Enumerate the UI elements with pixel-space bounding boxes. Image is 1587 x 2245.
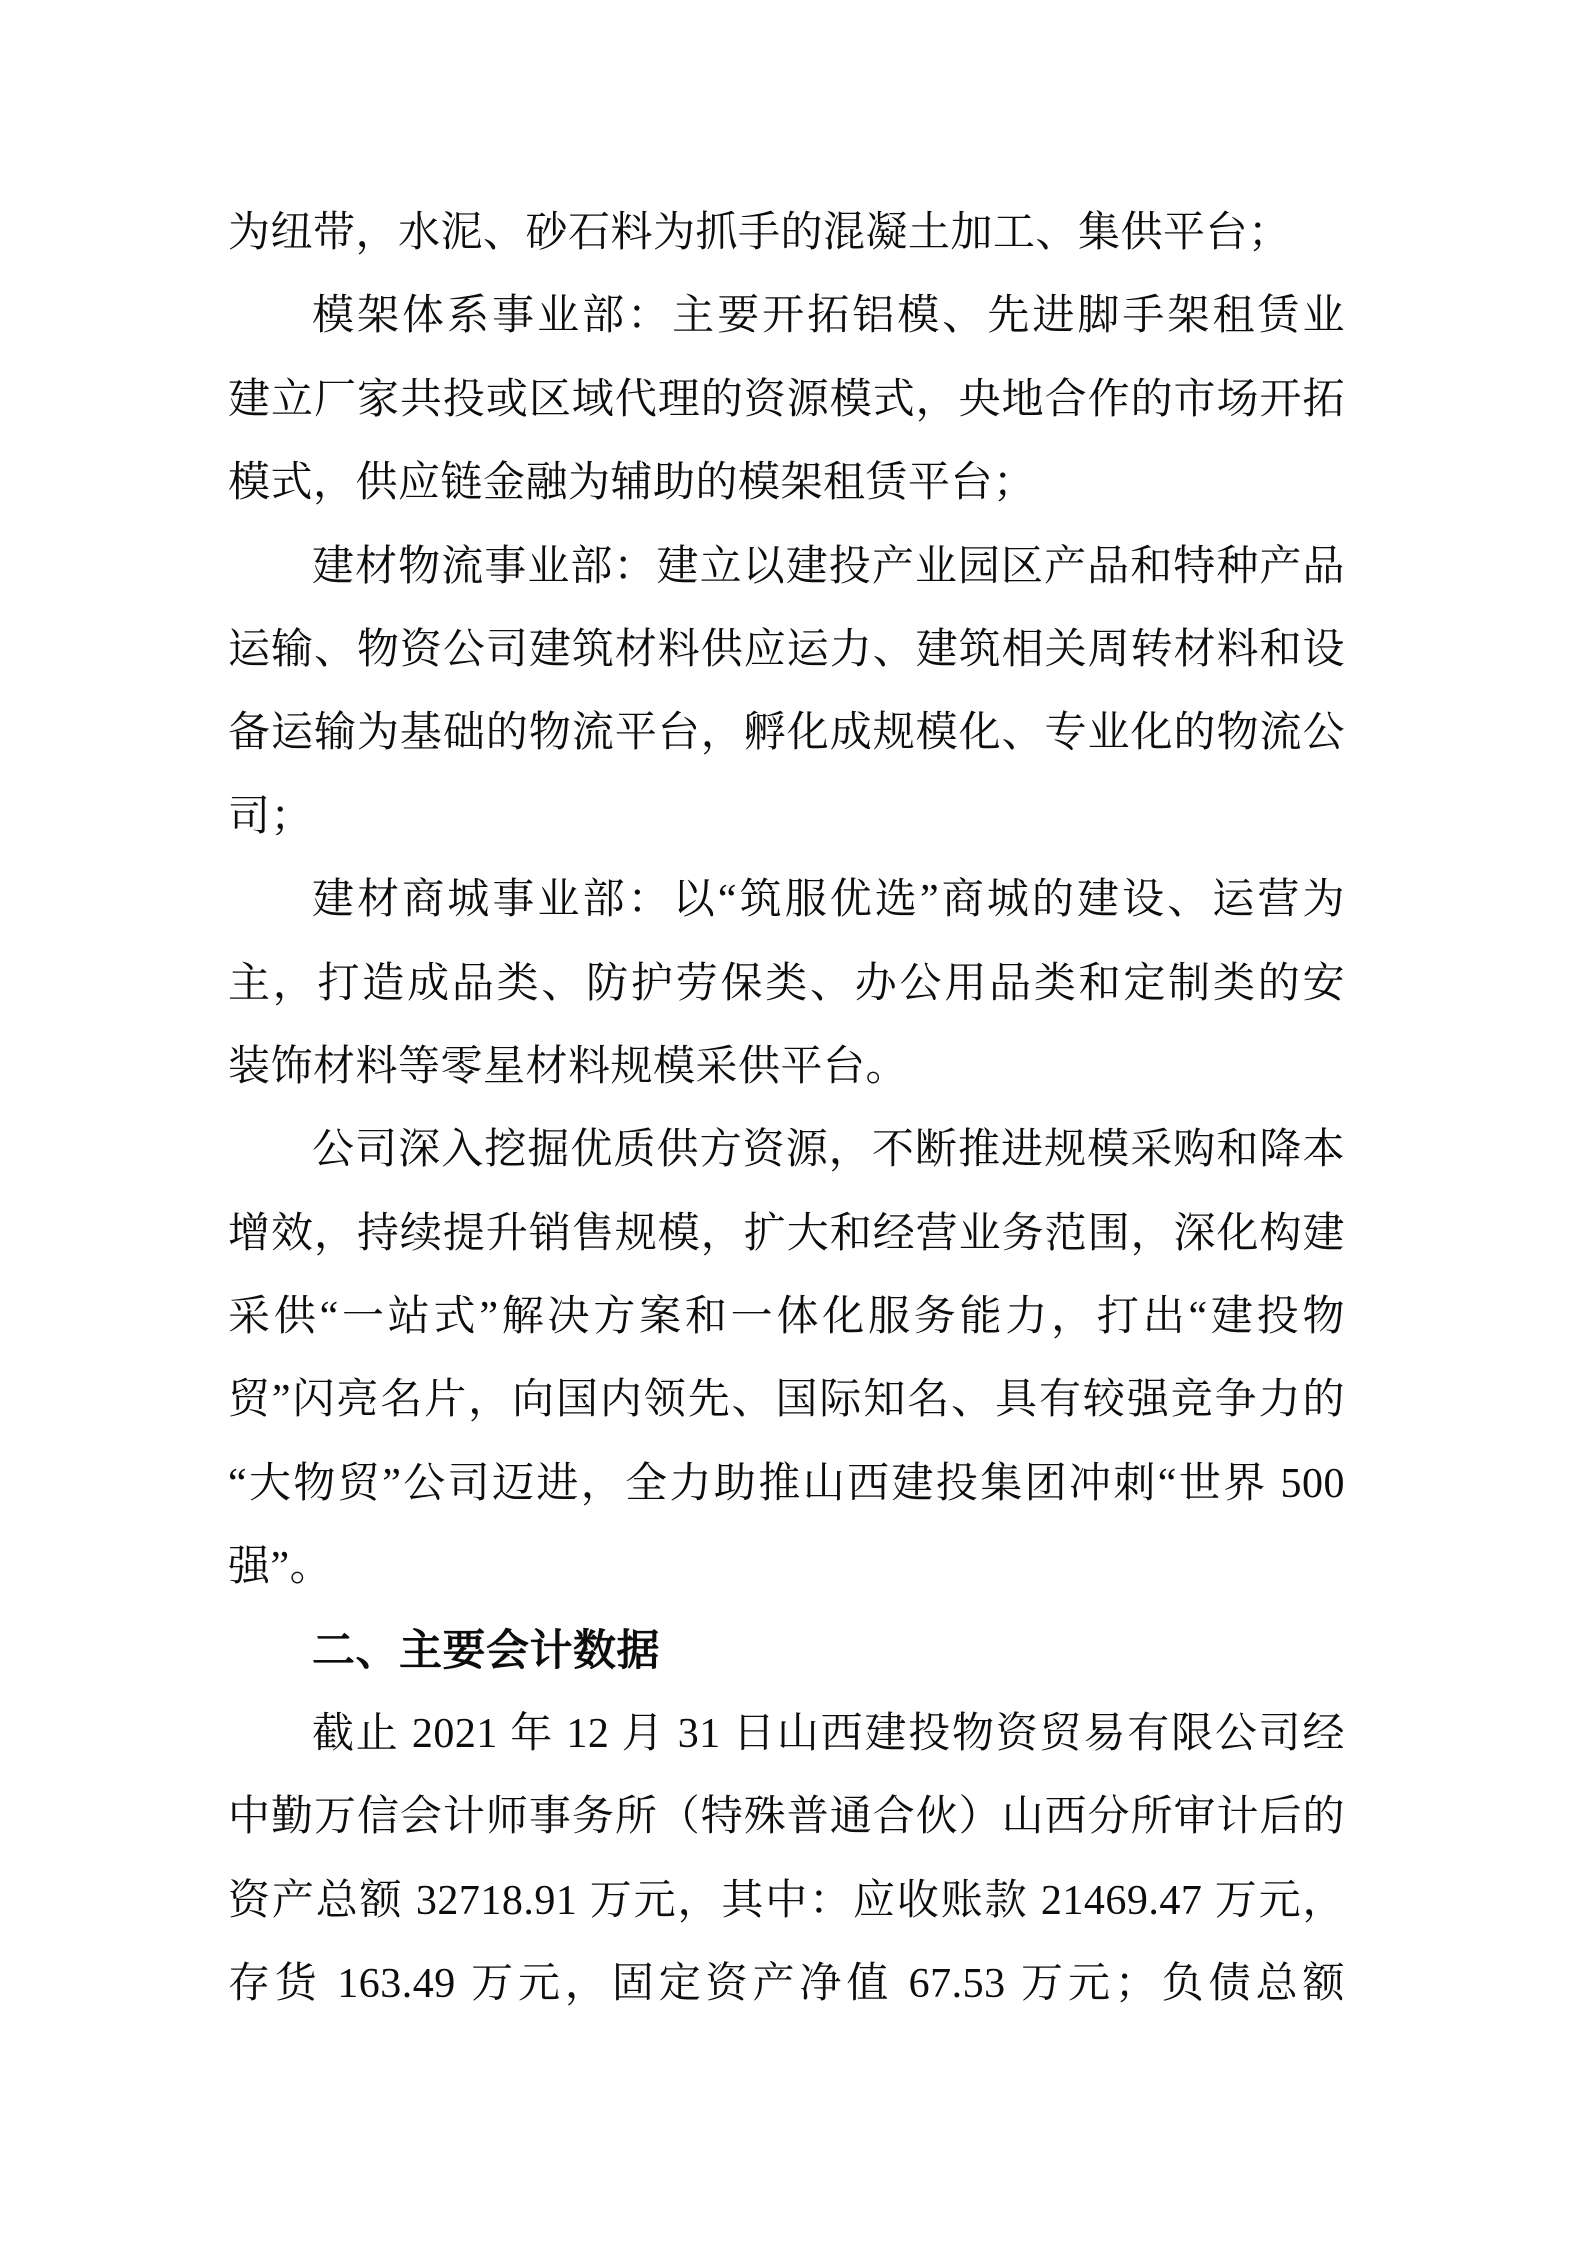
text-line: 中勤万信会计师事务所（特殊普通合伙）山西分所审计后的: [228, 1776, 1345, 1859]
text-line: 司；: [228, 776, 1345, 859]
text-line: 建立厂家共投或区域代理的资源模式，央地合作的市场开拓: [228, 359, 1345, 442]
page-body-text: 为纽带，水泥、砂石料为抓手的混凝土加工、集供平台； 模架体系事业部：主要开拓铝模…: [228, 192, 1345, 2027]
text-line: 截止 2021 年 12 月 31 日山西建投物资贸易有限公司经: [228, 1693, 1345, 1776]
text-line: 建材商城事业部：以“筑服优选”商城的建设、运营为: [228, 859, 1345, 942]
text-line: 运输、物资公司建筑材料供应运力、建筑相关周转材料和设: [228, 609, 1345, 692]
text-line: 模架体系事业部：主要开拓铝模、先进脚手架租赁业务，: [228, 275, 1345, 358]
section-heading: 二、主要会计数据: [228, 1610, 1345, 1693]
text-line: 主，打造成品类、防护劳保类、办公用品类和定制类的安装、: [228, 943, 1345, 1026]
text-line: 建材物流事业部：建立以建投产业园区产品和特种产品: [228, 526, 1345, 609]
text-line: 存货 163.49 万元，固定资产净值 67.53 万元；负债总额: [228, 1943, 1345, 2026]
text-line: 强”。: [228, 1526, 1345, 1609]
text-line: 为纽带，水泥、砂石料为抓手的混凝土加工、集供平台；: [228, 192, 1345, 275]
text-line: 增效，持续提升销售规模，扩大和经营业务范围，深化构建: [228, 1193, 1345, 1276]
text-line: 装饰材料等零星材料规模采供平台。: [228, 1026, 1345, 1109]
text-line: 贸”闪亮名片，向国内领先、国际知名、具有较强竞争力的: [228, 1359, 1345, 1442]
document-page: 为纽带，水泥、砂石料为抓手的混凝土加工、集供平台； 模架体系事业部：主要开拓铝模…: [0, 0, 1587, 2245]
text-line: 资产总额 32718.91 万元，其中：应收账款 21469.47 万元，: [228, 1860, 1345, 1943]
text-line: 备运输为基础的物流平台，孵化成规模化、专业化的物流公: [228, 692, 1345, 775]
text-line: “大物贸”公司迈进，全力助推山西建投集团冲刺“世界 500: [228, 1443, 1345, 1526]
text-line: 公司深入挖掘优质供方资源，不断推进规模采购和降本: [228, 1109, 1345, 1192]
text-line: 模式，供应链金融为辅助的模架租赁平台；: [228, 442, 1345, 525]
text-line: 采供“一站式”解决方案和一体化服务能力，打出“建投物: [228, 1276, 1345, 1359]
